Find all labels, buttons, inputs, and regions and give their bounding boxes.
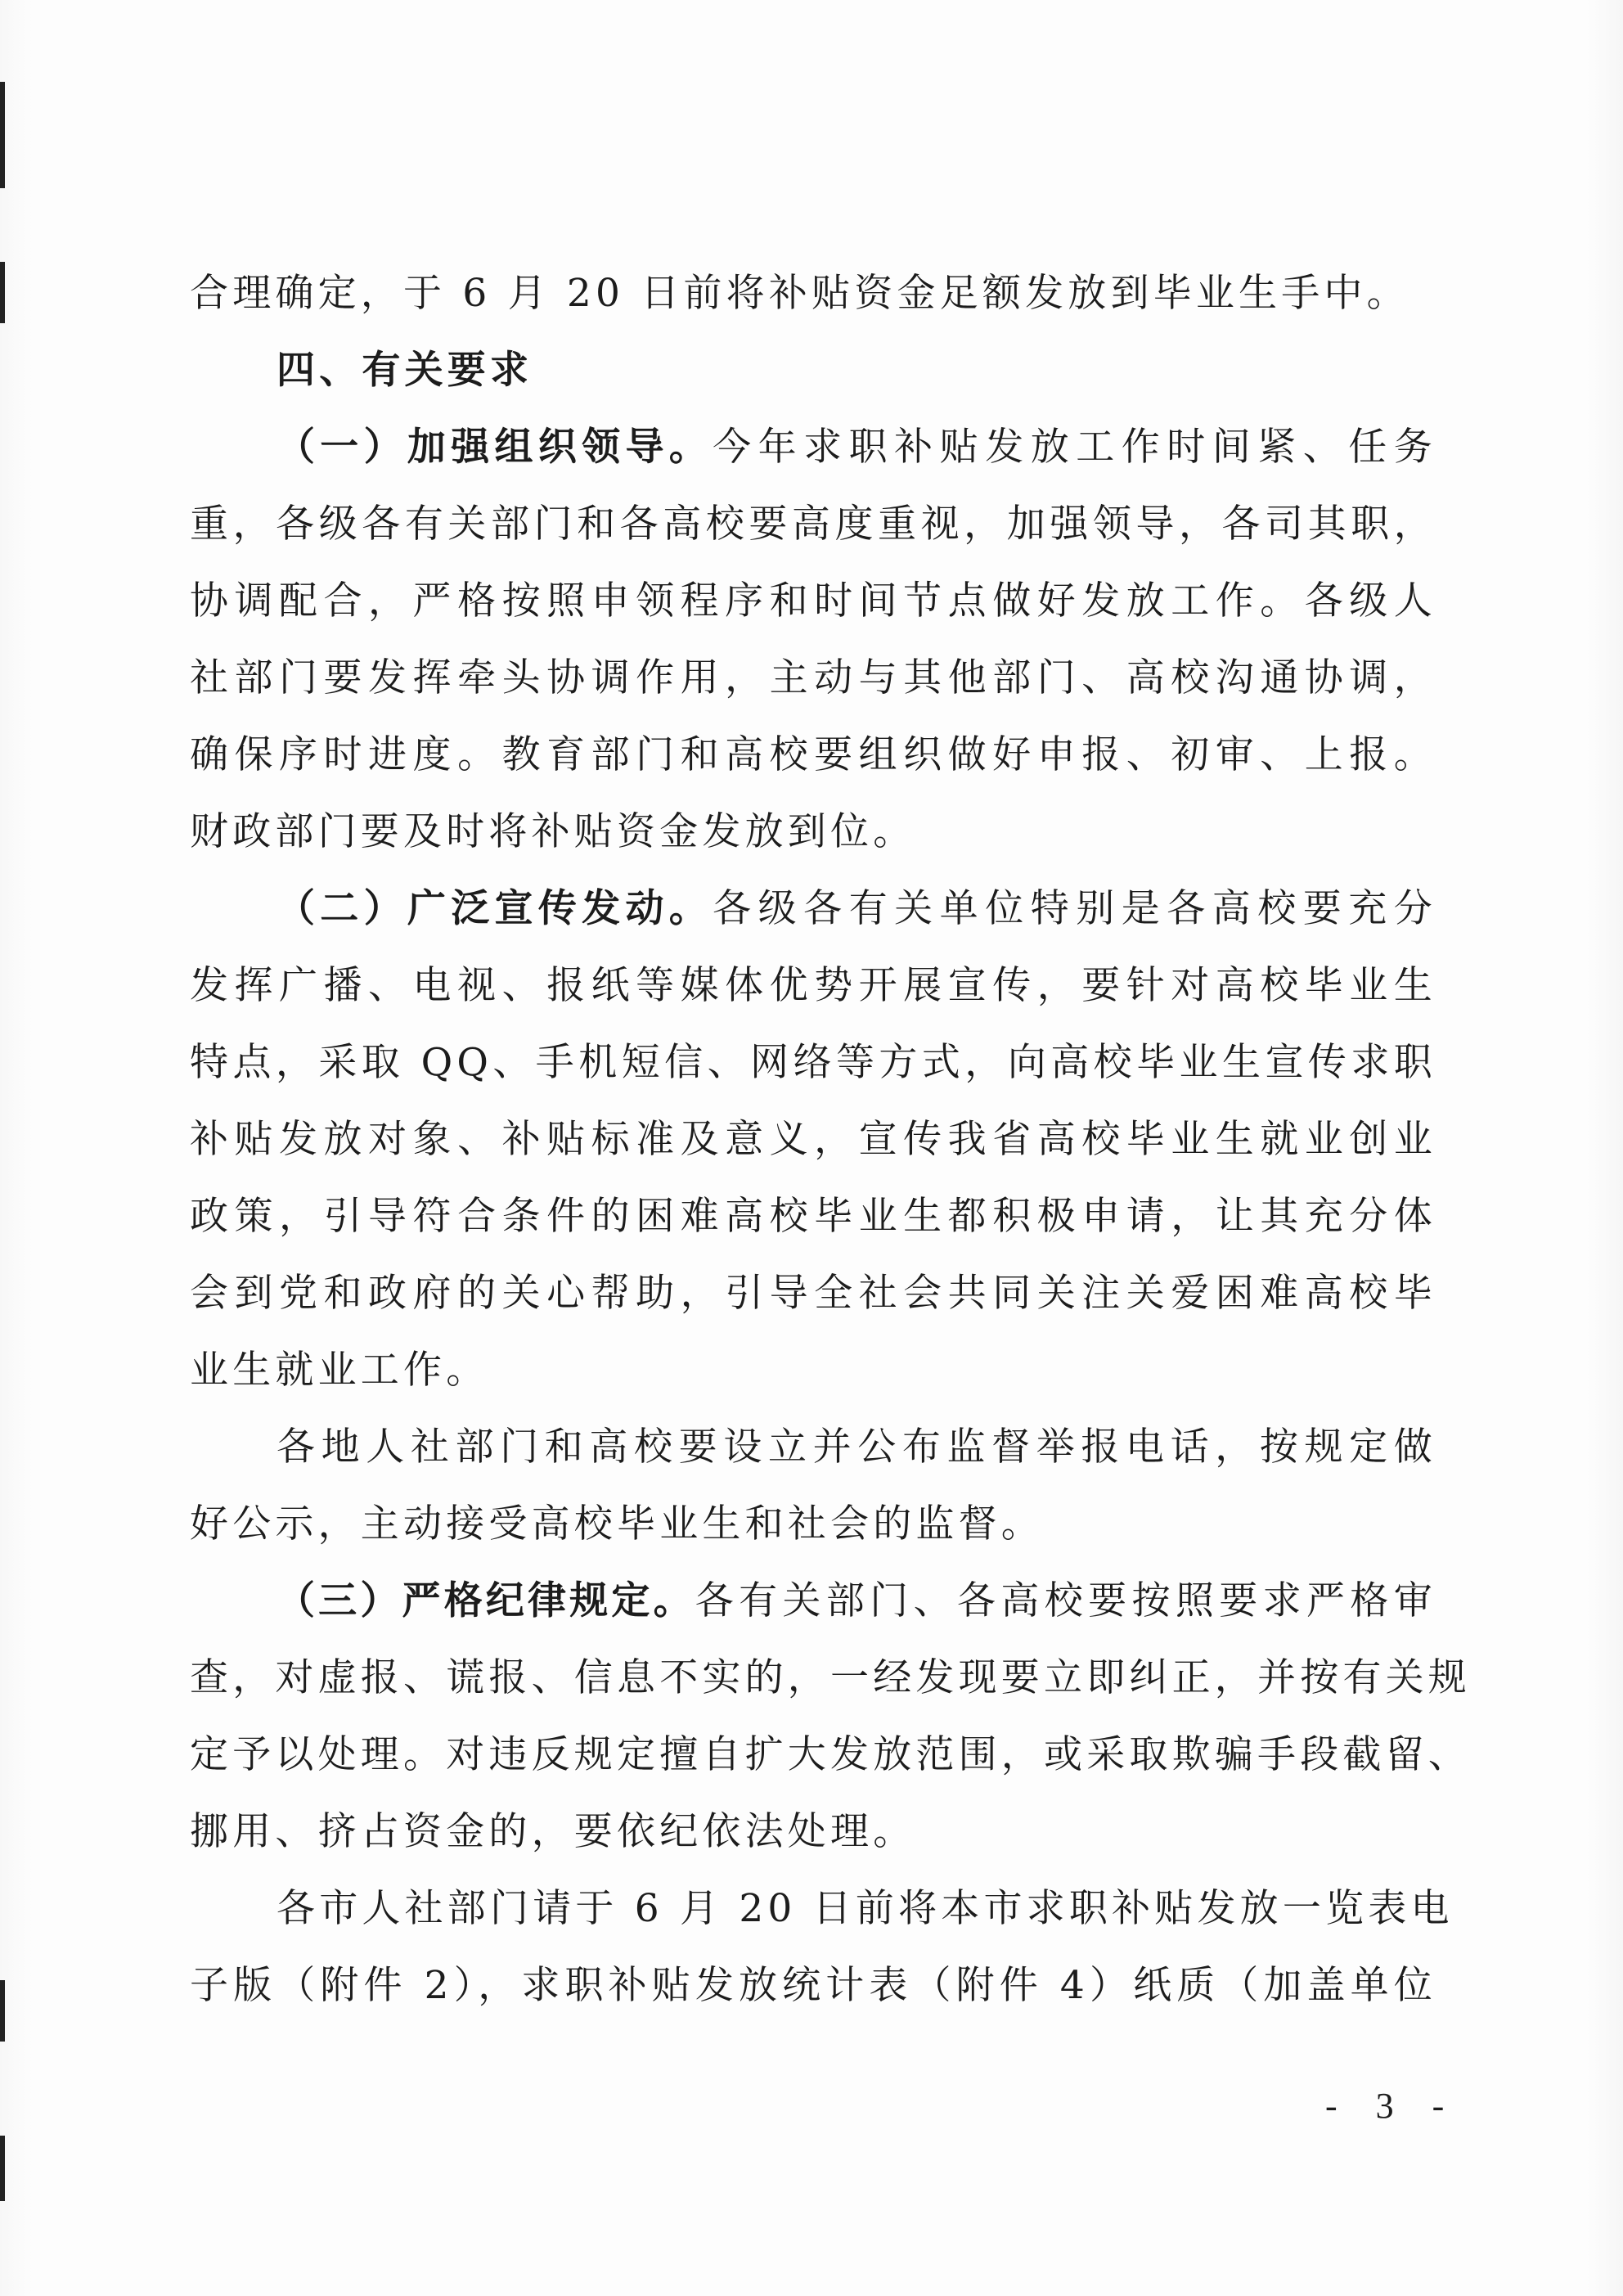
section-heading: 四、有关要求 bbox=[190, 332, 1436, 409]
paragraph-line: 各地人社部门和高校要设立并公布监督举报电话，按规定做 bbox=[190, 1409, 1436, 1486]
paragraph-text: 今年求职补贴发放工作时间紧、任务 bbox=[713, 425, 1436, 470]
paragraph-line: 政策，引导符合条件的困难高校毕业生都积极申请，让其充分体 bbox=[190, 1178, 1436, 1255]
paragraph-line: 会到党和政府的关心帮助，引导全社会共同关注关爱困难高校毕 bbox=[190, 1255, 1436, 1332]
paragraph-line: 重，各级各有关部门和各高校要高度重视，加强领导，各司其职， bbox=[190, 486, 1436, 563]
scan-edge-mark bbox=[0, 1980, 5, 2042]
paragraph-line: 社部门要发挥牵头协调作用，主动与其他部门、高校沟通协调， bbox=[190, 640, 1436, 717]
subsection-paragraph-line: （一）加强组织领导。今年求职补贴发放工作时间紧、任务 bbox=[190, 409, 1436, 486]
subsection-title: （一）加强组织领导。 bbox=[276, 425, 713, 470]
subsection-paragraph-line: （二）广泛宣传发动。各级各有关单位特别是各高校要充分 bbox=[190, 871, 1436, 948]
scan-edge-mark bbox=[0, 82, 5, 188]
page-number: - 3 - bbox=[1325, 2085, 1459, 2127]
paragraph-line: 业生就业工作。 bbox=[190, 1332, 1436, 1409]
subsection-title: （三）严格纪律规定。 bbox=[276, 1578, 695, 1623]
paragraph-text: 各级各有关单位特别是各高校要充分 bbox=[713, 886, 1436, 931]
document-body: 合理确定，于 6 月 20 日前将补贴资金足额发放到毕业生手中。四、有关要求（一… bbox=[190, 255, 1436, 2024]
paragraph-line: 确保序时进度。教育部门和高校要组织做好申报、初审、上报。 bbox=[190, 717, 1436, 794]
paragraph-line: 各市人社部门请于 6 月 20 日前将本市求职补贴发放一览表电 bbox=[190, 1871, 1436, 1947]
paragraph-line: 发挥广播、电视、报纸等媒体优势开展宣传，要针对高校毕业生 bbox=[190, 948, 1436, 1024]
paragraph-line: 合理确定，于 6 月 20 日前将补贴资金足额发放到毕业生手中。 bbox=[190, 255, 1436, 332]
paragraph-line: 挪用、挤占资金的，要依纪依法处理。 bbox=[190, 1794, 1436, 1871]
paragraph-line: 查，对虚报、谎报、信息不实的，一经发现要立即纠正，并按有关规 bbox=[190, 1640, 1436, 1717]
paragraph-line: 补贴发放对象、补贴标准及意义，宣传我省高校毕业生就业创业 bbox=[190, 1101, 1436, 1178]
subsection-paragraph-line: （三）严格纪律规定。各有关部门、各高校要按照要求严格审 bbox=[190, 1563, 1436, 1640]
document-page: 合理确定，于 6 月 20 日前将补贴资金足额发放到毕业生手中。四、有关要求（一… bbox=[0, 0, 1623, 2296]
paragraph-line: 子版（附件 2），求职补贴发放统计表（附件 4）纸质（加盖单位 bbox=[190, 1947, 1436, 2024]
subsection-title: （二）广泛宣传发动。 bbox=[276, 886, 713, 931]
paragraph-line: 财政部门要及时将补贴资金发放到位。 bbox=[190, 794, 1436, 871]
scan-edge-mark bbox=[0, 2136, 5, 2201]
paragraph-line: 协调配合，严格按照申领程序和时间节点做好发放工作。各级人 bbox=[190, 563, 1436, 640]
scan-edge-mark bbox=[0, 262, 5, 323]
paragraph-line: 定予以处理。对违反规定擅自扩大发放范围，或采取欺骗手段截留、 bbox=[190, 1717, 1436, 1794]
paragraph-line: 好公示，主动接受高校毕业生和社会的监督。 bbox=[190, 1486, 1436, 1563]
paragraph-line: 特点，采取 QQ、手机短信、网络等方式，向高校毕业生宣传求职 bbox=[190, 1024, 1436, 1101]
paragraph-text: 各有关部门、各高校要按照要求严格审 bbox=[695, 1578, 1436, 1623]
